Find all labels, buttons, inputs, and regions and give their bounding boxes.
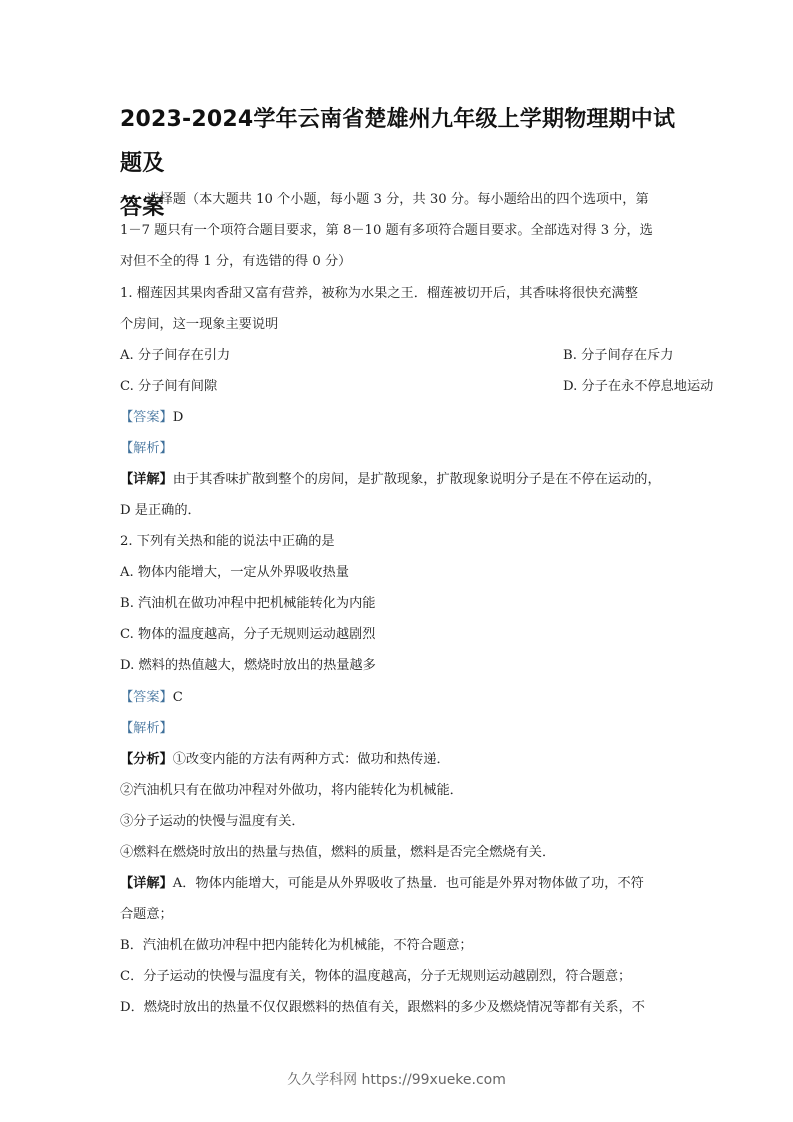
- detail-tag: 【详解】: [120, 472, 173, 487]
- option-a: A. 分子间存在引力: [120, 348, 230, 363]
- question-2-fenxi: ③分子运动的快慢与温度有关．: [120, 806, 680, 837]
- question-2-answer: 【答案】C: [120, 682, 680, 713]
- answer-value: D: [173, 410, 184, 425]
- section-intro-line: 1－7 题只有一个项符合题目要求，第 8－10 题有多项符合题目要求。全部选对得…: [120, 215, 680, 246]
- detail-tag: 【详解】: [120, 876, 173, 891]
- answer-tag: 【答案】: [120, 410, 173, 425]
- section-intro-line: 对但不全的得 1 分，有选错的得 0 分）: [120, 246, 680, 277]
- question-1-detail: 【详解】由于其香味扩散到整个的房间，是扩散现象，扩散现象说明分子是在不停在运动的…: [120, 464, 680, 495]
- question-2-option-d: D. 燃料的热值越大，燃烧时放出的热量越多: [120, 650, 680, 681]
- question-2-detail: 合题意；: [120, 899, 680, 930]
- section-intro-line: 一、选择题（本大题共 10 个小题，每小题 3 分，共 30 分。每小题给出的四…: [120, 184, 680, 215]
- question-2-analysis-tag: 【解析】: [120, 713, 680, 744]
- question-1-answer: 【答案】D: [120, 402, 680, 433]
- footer-watermark: 久久学科网 https://99xueke.com: [0, 1069, 793, 1089]
- option-c: C. 分子间有间隙: [120, 379, 217, 394]
- question-2-option-b: B. 汽油机在做功冲程中把机械能转化为内能: [120, 588, 680, 619]
- question-2-detail: 【详解】A．物体内能增大，可能是从外界吸收了热量．也可能是外界对物体做了功，不符: [120, 868, 680, 899]
- question-2-detail: B．汽油机在做功冲程中把内能转化为机械能，不符合题意；: [120, 930, 680, 961]
- question-1-options-row: C. 分子间有间隙 D. 分子在永不停息地运动: [120, 371, 680, 402]
- question-1-options-row: A. 分子间存在引力 B. 分子间存在斥力: [120, 340, 680, 371]
- question-1-stem: 1. 榴莲因其果肉香甜又富有营养，被称为水果之王．榴莲被切开后，其香味将很快充满…: [120, 278, 680, 309]
- option-d: D. 分子在永不停息地运动: [563, 371, 713, 402]
- answer-value: C: [173, 690, 183, 705]
- question-2-option-a: A. 物体内能增大，一定从外界吸收热量: [120, 557, 680, 588]
- question-1-detail: D 是正确的．: [120, 495, 680, 526]
- option-b: B. 分子间存在斥力: [563, 340, 673, 371]
- question-2-fenxi: 【分析】①改变内能的方法有两种方式：做功和热传递．: [120, 744, 680, 775]
- question-2-option-c: C. 物体的温度越高，分子无规则运动越剧烈: [120, 619, 680, 650]
- question-2-detail: D．燃烧时放出的热量不仅仅跟燃料的热值有关，跟燃料的多少及燃烧情况等都有关系，不: [120, 992, 680, 1023]
- question-1-analysis-tag: 【解析】: [120, 433, 680, 464]
- question-2-fenxi: ②汽油机只有在做功冲程对外做功，将内能转化为机械能．: [120, 775, 680, 806]
- question-1-stem: 个房间，这一现象主要说明: [120, 309, 680, 340]
- answer-tag: 【答案】: [120, 690, 173, 705]
- question-2-detail: C．分子运动的快慢与温度有关，物体的温度越高，分子无规则运动越剧烈，符合题意；: [120, 961, 680, 992]
- fenxi-tag: 【分析】: [120, 752, 173, 767]
- question-2-stem: 2. 下列有关热和能的说法中正确的是: [120, 526, 680, 557]
- question-2-fenxi: ④燃料在燃烧时放出的热量与热值，燃料的质量，燃料是否完全燃烧有关．: [120, 837, 680, 868]
